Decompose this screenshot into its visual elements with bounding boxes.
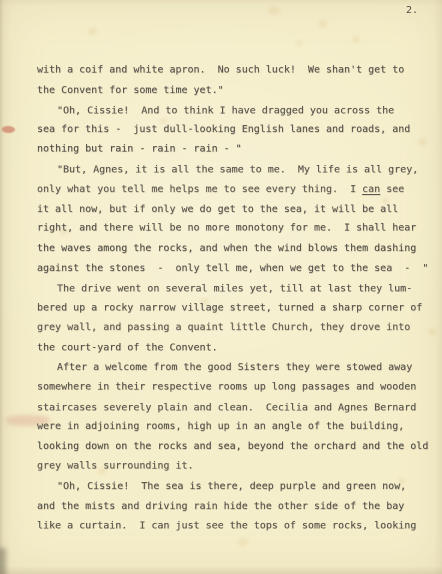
page-number: 2. bbox=[406, 5, 418, 16]
text-line: grey walls surrounding it. bbox=[37, 457, 437, 477]
text-line: bered up a rocky narrow village street, … bbox=[37, 298, 437, 318]
text-line: looking down on the rocks and sea, beyon… bbox=[37, 437, 437, 457]
text-line: right, and there will be no more monoton… bbox=[37, 219, 437, 239]
text-line: the Convent for some time yet." bbox=[37, 81, 437, 101]
text-line: "But, Agnes, it is all the same to me. M… bbox=[37, 160, 437, 180]
manuscript-page: 2. with a coif and white apron. No such … bbox=[0, 0, 442, 574]
text-line: with a coif and white apron. No such luc… bbox=[37, 61, 437, 81]
text-line: After a welcome from the good Sisters th… bbox=[37, 358, 437, 378]
text-line: and the mists and driving rain hide the … bbox=[37, 497, 437, 517]
text-line: only what you tell me helps me to see ev… bbox=[37, 180, 437, 200]
text-line: sea for this - just dull-looking English… bbox=[37, 120, 437, 140]
text-line: the waves among the rocks, and when the … bbox=[37, 239, 437, 259]
text-line: staircases severely plain and clean. Cec… bbox=[37, 398, 437, 418]
text-line: like a curtain. I can just see the tops … bbox=[37, 517, 437, 537]
paper-stain bbox=[88, 28, 97, 35]
paper-stain bbox=[352, 36, 360, 43]
text-line: somewhere in their respective rooms up l… bbox=[37, 377, 437, 397]
text-line: "Oh, Cissie! The sea is there, deep purp… bbox=[37, 477, 437, 497]
paper-stain bbox=[296, 40, 303, 46]
text-line: "Oh, Cissie! And to think I have dragged… bbox=[37, 101, 437, 121]
typewritten-text: with a coif and white apron. No such luc… bbox=[37, 61, 437, 536]
paper-stain bbox=[318, 20, 327, 28]
text-line: grey wall, and passing a quaint little C… bbox=[37, 318, 437, 338]
paper-stain bbox=[238, 538, 248, 546]
text-line: nothing but rain - rain - rain - " bbox=[37, 140, 437, 160]
text-line: it all now, but if only we do get to the… bbox=[37, 200, 437, 220]
red-ink-stain bbox=[2, 126, 15, 133]
text-line: the court-yard of the Convent. bbox=[37, 339, 437, 359]
text-line: were in adjoining rooms, high up in an a… bbox=[37, 417, 437, 437]
text-line: against the stones - only tell me, when … bbox=[37, 259, 437, 279]
underlined-word: can bbox=[362, 184, 380, 195]
paper-stain bbox=[268, 6, 280, 15]
corner-shadow bbox=[0, 548, 6, 574]
text-line: The drive went on several miles yet, til… bbox=[37, 279, 437, 299]
